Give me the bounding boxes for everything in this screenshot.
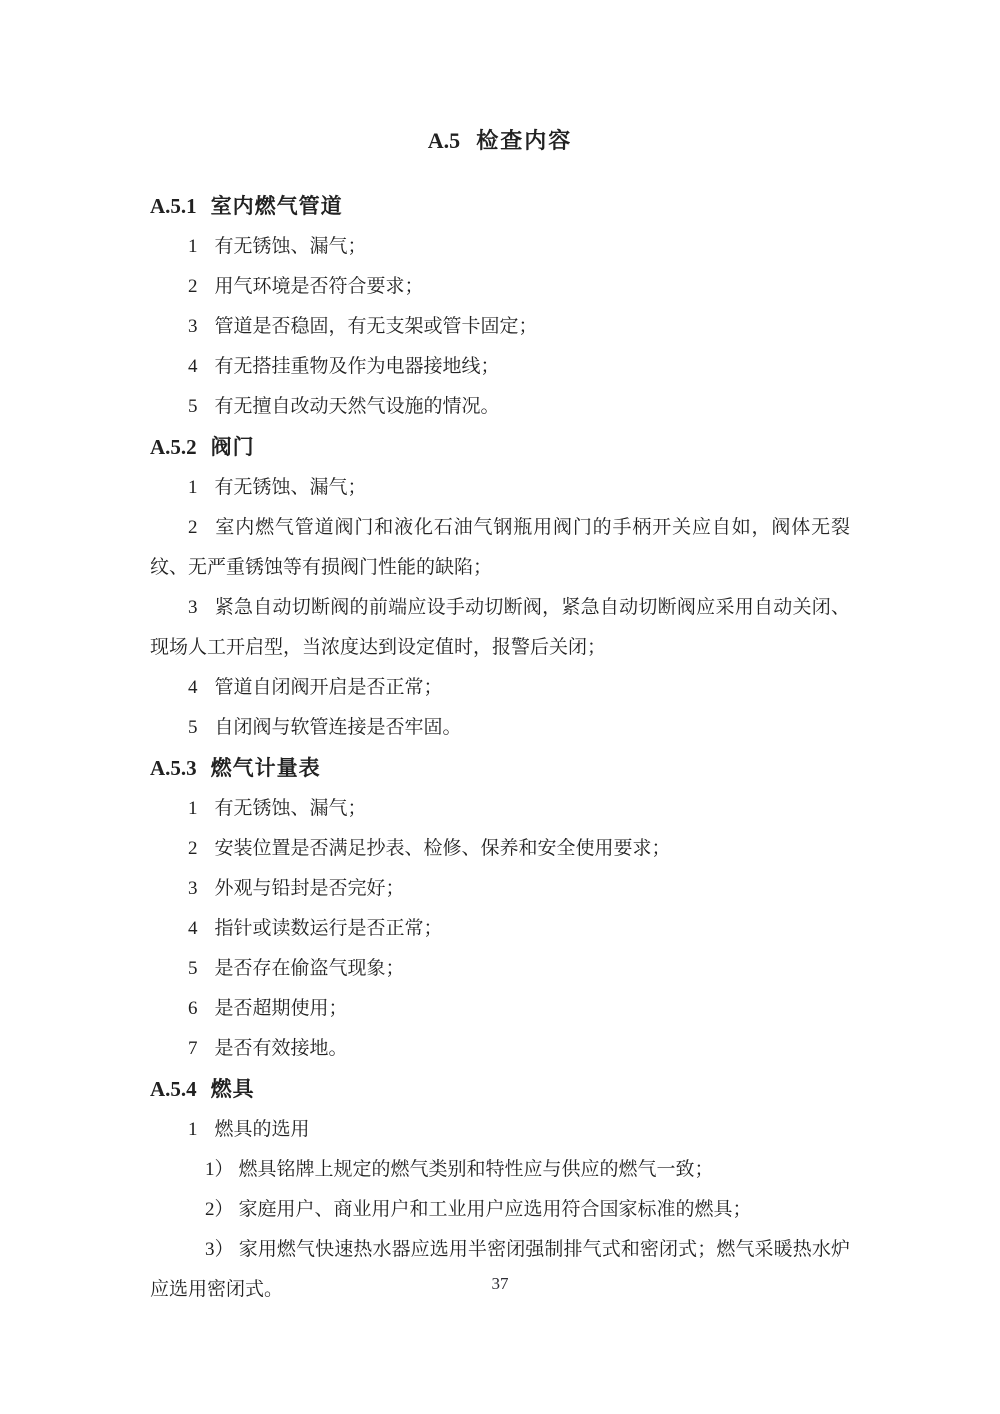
page-title-text: 检查内容 — [476, 128, 572, 153]
list-item: 5是否存在偷盗气现象； — [150, 949, 850, 989]
subitem-text: 家庭用户、商业用户和工业用户应选用符合国家标准的燃具； — [239, 1199, 752, 1220]
list-item: 4指针或读数运行是否正常； — [150, 909, 850, 949]
section-indoor-gas-pipeline: A.5.1室内燃气管道 1有无锈蚀、漏气； 2用气环境是否符合要求； 3管道是否… — [150, 186, 850, 427]
item-text: 是否有效接地。 — [215, 1038, 348, 1059]
item-text: 有无锈蚀、漏气； — [215, 236, 367, 257]
item-number: 4 — [188, 677, 198, 698]
item-text: 有无搭挂重物及作为电器接地线； — [215, 356, 500, 377]
item-text: 有无锈蚀、漏气； — [215, 798, 367, 819]
list-item: 1燃具的选用 — [150, 1110, 850, 1150]
section-gas-meter: A.5.3燃气计量表 1有无锈蚀、漏气； 2安装位置是否满足抄表、检修、保养和安… — [150, 748, 850, 1069]
list-item: 2用气环境是否符合要求； — [150, 267, 850, 307]
list-item: 7是否有效接地。 — [150, 1029, 850, 1069]
list-item: 3紧急自动切断阀的前端应设手动切断阀，紧急自动切断阀应采用自动关闭、现场人工开启… — [150, 588, 850, 668]
section-title: 阀门 — [211, 436, 255, 459]
list-item: 1有无锈蚀、漏气； — [150, 468, 850, 508]
item-number: 4 — [188, 356, 198, 377]
section-heading: A.5.2阀门 — [150, 427, 850, 468]
item-text: 自闭阀与软管连接是否牢固。 — [215, 717, 462, 738]
sub-list-item: 3）家用燃气快速热水器应选用半密闭强制排气式和密闭式；燃气采暖热水炉应选用密闭式… — [150, 1230, 850, 1310]
item-number: 1 — [188, 477, 198, 498]
list-item: 2安装位置是否满足抄表、检修、保养和安全使用要求； — [150, 829, 850, 869]
item-text: 管道是否稳固，有无支架或管卡固定； — [215, 316, 538, 337]
item-number: 5 — [188, 396, 198, 417]
item-text: 室内燃气管道阀门和液化石油气钢瓶用阀门的手柄开关应自如，阀体无裂纹、无严重锈蚀等… — [150, 517, 850, 578]
list-item: 1有无锈蚀、漏气； — [150, 227, 850, 267]
item-number: 1 — [188, 798, 198, 819]
item-number: 5 — [188, 717, 198, 738]
section-title: 室内燃气管道 — [211, 195, 343, 218]
subitem-number: 3） — [205, 1239, 234, 1260]
item-number: 2 — [188, 517, 198, 538]
list-item: 1有无锈蚀、漏气； — [150, 789, 850, 829]
list-item: 3管道是否稳固，有无支架或管卡固定； — [150, 307, 850, 347]
section-title: 燃气计量表 — [211, 757, 321, 780]
item-number: 5 — [188, 958, 198, 979]
section-valves: A.5.2阀门 1有无锈蚀、漏气； 2室内燃气管道阀门和液化石油气钢瓶用阀门的手… — [150, 427, 850, 748]
item-number: 2 — [188, 838, 198, 859]
page-title-number: A.5 — [428, 128, 460, 153]
list-item: 4管道自闭阀开启是否正常； — [150, 668, 850, 708]
subitem-text: 燃具铭牌上规定的燃气类别和特性应与供应的燃气一致； — [239, 1159, 714, 1180]
item-number: 3 — [188, 597, 198, 618]
item-number: 7 — [188, 1038, 198, 1059]
item-text: 燃具的选用 — [215, 1119, 310, 1140]
item-text: 有无擅自改动天然气设施的情况。 — [215, 396, 500, 417]
item-number: 6 — [188, 998, 198, 1019]
item-text: 管道自闭阀开启是否正常； — [215, 677, 443, 698]
subitem-number: 2） — [205, 1199, 234, 1220]
section-heading: A.5.4燃具 — [150, 1069, 850, 1110]
list-item: 2室内燃气管道阀门和液化石油气钢瓶用阀门的手柄开关应自如，阀体无裂纹、无严重锈蚀… — [150, 508, 850, 588]
list-item: 6是否超期使用； — [150, 989, 850, 1029]
list-item: 4有无搭挂重物及作为电器接地线； — [150, 347, 850, 387]
sub-list-item: 2）家庭用户、商业用户和工业用户应选用符合国家标准的燃具； — [150, 1190, 850, 1230]
section-number: A.5.1 — [150, 194, 197, 218]
item-text: 外观与铅封是否完好； — [215, 878, 405, 899]
item-text: 有无锈蚀、漏气； — [215, 477, 367, 498]
list-item: 5有无擅自改动天然气设施的情况。 — [150, 387, 850, 427]
item-number: 4 — [188, 918, 198, 939]
item-number: 2 — [188, 276, 198, 297]
section-heading: A.5.3燃气计量表 — [150, 748, 850, 789]
item-text: 用气环境是否符合要求； — [215, 276, 424, 297]
list-item: 5自闭阀与软管连接是否牢固。 — [150, 708, 850, 748]
item-text: 紧急自动切断阀的前端应设手动切断阀，紧急自动切断阀应采用自动关闭、现场人工开启型… — [150, 597, 850, 658]
item-number: 3 — [188, 316, 198, 337]
section-title: 燃具 — [211, 1078, 255, 1101]
section-number: A.5.3 — [150, 756, 197, 780]
section-number: A.5.4 — [150, 1077, 197, 1101]
page-title: A.5检查内容 — [150, 126, 850, 156]
subitem-number: 1） — [205, 1159, 234, 1180]
item-number: 1 — [188, 1119, 198, 1140]
item-number: 3 — [188, 878, 198, 899]
item-text: 是否超期使用； — [215, 998, 348, 1019]
section-heading: A.5.1室内燃气管道 — [150, 186, 850, 227]
item-text: 安装位置是否满足抄表、检修、保养和安全使用要求； — [215, 838, 671, 859]
item-text: 指针或读数运行是否正常； — [215, 918, 443, 939]
list-item: 3外观与铅封是否完好； — [150, 869, 850, 909]
sub-list-item: 1）燃具铭牌上规定的燃气类别和特性应与供应的燃气一致； — [150, 1150, 850, 1190]
item-number: 1 — [188, 236, 198, 257]
document-page: A.5检查内容 A.5.1室内燃气管道 1有无锈蚀、漏气； 2用气环境是否符合要… — [0, 0, 1000, 1414]
page-number: 37 — [0, 1272, 1000, 1296]
item-text: 是否存在偷盗气现象； — [215, 958, 405, 979]
section-number: A.5.2 — [150, 435, 197, 459]
